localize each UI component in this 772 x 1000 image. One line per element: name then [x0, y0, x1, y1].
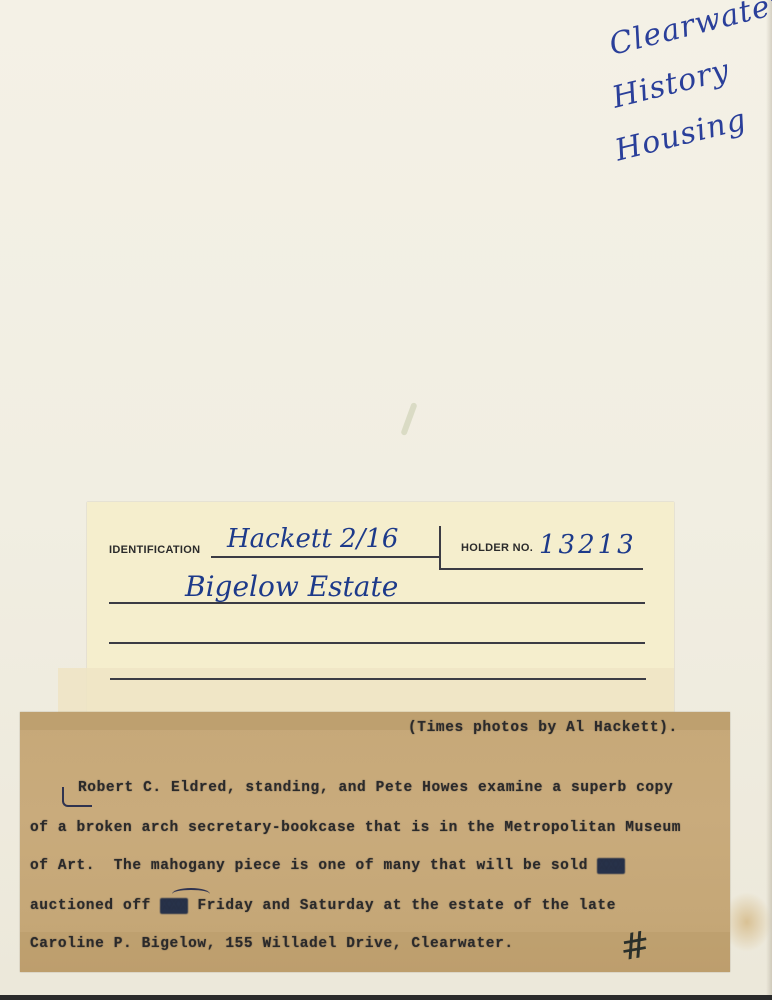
caption-line: of Art. The mahogany piece is one of man…	[30, 858, 625, 874]
photo-back: Clearwater History Housing IDENTIFICATIO…	[0, 0, 772, 1000]
line2-value: Bigelow Estate	[185, 570, 398, 603]
editor-mark-paragraph	[62, 787, 92, 807]
identification-label: IDENTIFICATION	[109, 544, 200, 556]
identification-underline	[211, 556, 439, 558]
end-mark: #	[617, 924, 654, 970]
holder-value: 13213	[539, 530, 637, 560]
holder-label: HOLDER NO.	[461, 542, 533, 554]
caption-line: of a broken arch secretary-bookcase that…	[30, 820, 681, 836]
caption-text: of a broken arch secretary-bookcase that…	[30, 820, 681, 836]
card-rule-1	[109, 602, 645, 604]
caption-clipping: (Times photos by Al Hackett). Robert C. …	[20, 712, 730, 972]
editor-mark-arc	[172, 888, 210, 900]
card-rule-2	[109, 642, 645, 644]
caption-text: Friday and Saturday at the estate of the…	[188, 898, 616, 914]
struck-out-text: XXX	[597, 858, 625, 874]
caption-text: Caroline P. Bigelow, 155 Willadel Drive,…	[30, 936, 514, 952]
paper-speck	[400, 402, 417, 436]
caption-text: Robert C. Eldred, standing, and Pete How…	[78, 780, 673, 796]
struck-out-text: XXX	[160, 898, 188, 914]
caption-line: auctioned off XXX Friday and Saturday at…	[30, 898, 616, 914]
handwritten-note: Clearwater History Housing	[600, 0, 772, 173]
caption-text: auctioned off	[30, 898, 160, 914]
card-overlay-strip	[58, 668, 674, 712]
holder-underline	[439, 568, 643, 570]
identification-value: Hackett 2/16	[227, 524, 398, 554]
caption-line: Robert C. Eldred, standing, and Pete How…	[78, 780, 673, 796]
holder-divider	[439, 526, 441, 570]
paper-edge	[766, 0, 772, 1000]
caption-line: Caroline P. Bigelow, 155 Willadel Drive,…	[30, 936, 514, 952]
caption-text: of Art. The mahogany piece is one of man…	[30, 858, 597, 874]
photo-credit: (Times photos by Al Hackett).	[408, 720, 678, 736]
bottom-edge	[0, 995, 772, 1000]
card-rule-3	[110, 678, 646, 680]
water-stain	[730, 892, 772, 952]
